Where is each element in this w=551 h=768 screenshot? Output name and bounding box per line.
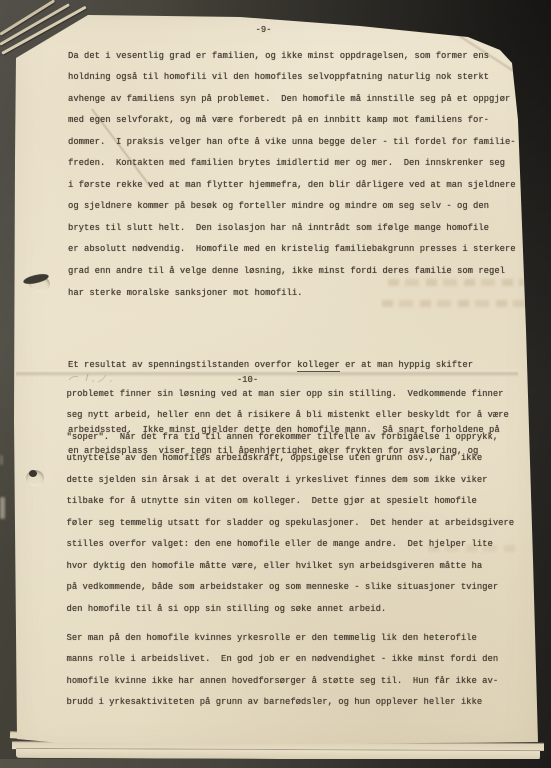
scanned-document-view: -9- Da det i vesentlig grad er familien,… bbox=[0, 0, 551, 768]
scanner-edge-scuff bbox=[0, 497, 5, 519]
page-9-paragraph-1: Da det i vesentlig grad er familien, og … bbox=[68, 46, 516, 305]
hole-punch-bottom bbox=[24, 468, 46, 488]
paragraph-text: Et resultat av spenningstilstanden overf… bbox=[68, 360, 297, 370]
scanner-bed-shadow bbox=[0, 759, 551, 768]
hole-punch-top bbox=[23, 273, 53, 295]
page-10-paragraph-2: Ser man på den homofile kvinnes yrkesrol… bbox=[67, 628, 499, 714]
page-9-paragraph-2-line-1: Et resultat av spenningstilstanden overf… bbox=[68, 355, 500, 377]
paper-sheet: -9- Da det i vesentlig grad er familien,… bbox=[0, 0, 551, 768]
page-10-paragraph-1: problemet finner sin løsning ved at man … bbox=[67, 384, 515, 621]
paragraph-text: er at man hyppig skifter bbox=[340, 360, 473, 370]
hole-punch-shadow bbox=[29, 470, 37, 477]
underlined-word: kolleger bbox=[297, 360, 340, 372]
scanner-edge-scuff bbox=[0, 455, 3, 465]
